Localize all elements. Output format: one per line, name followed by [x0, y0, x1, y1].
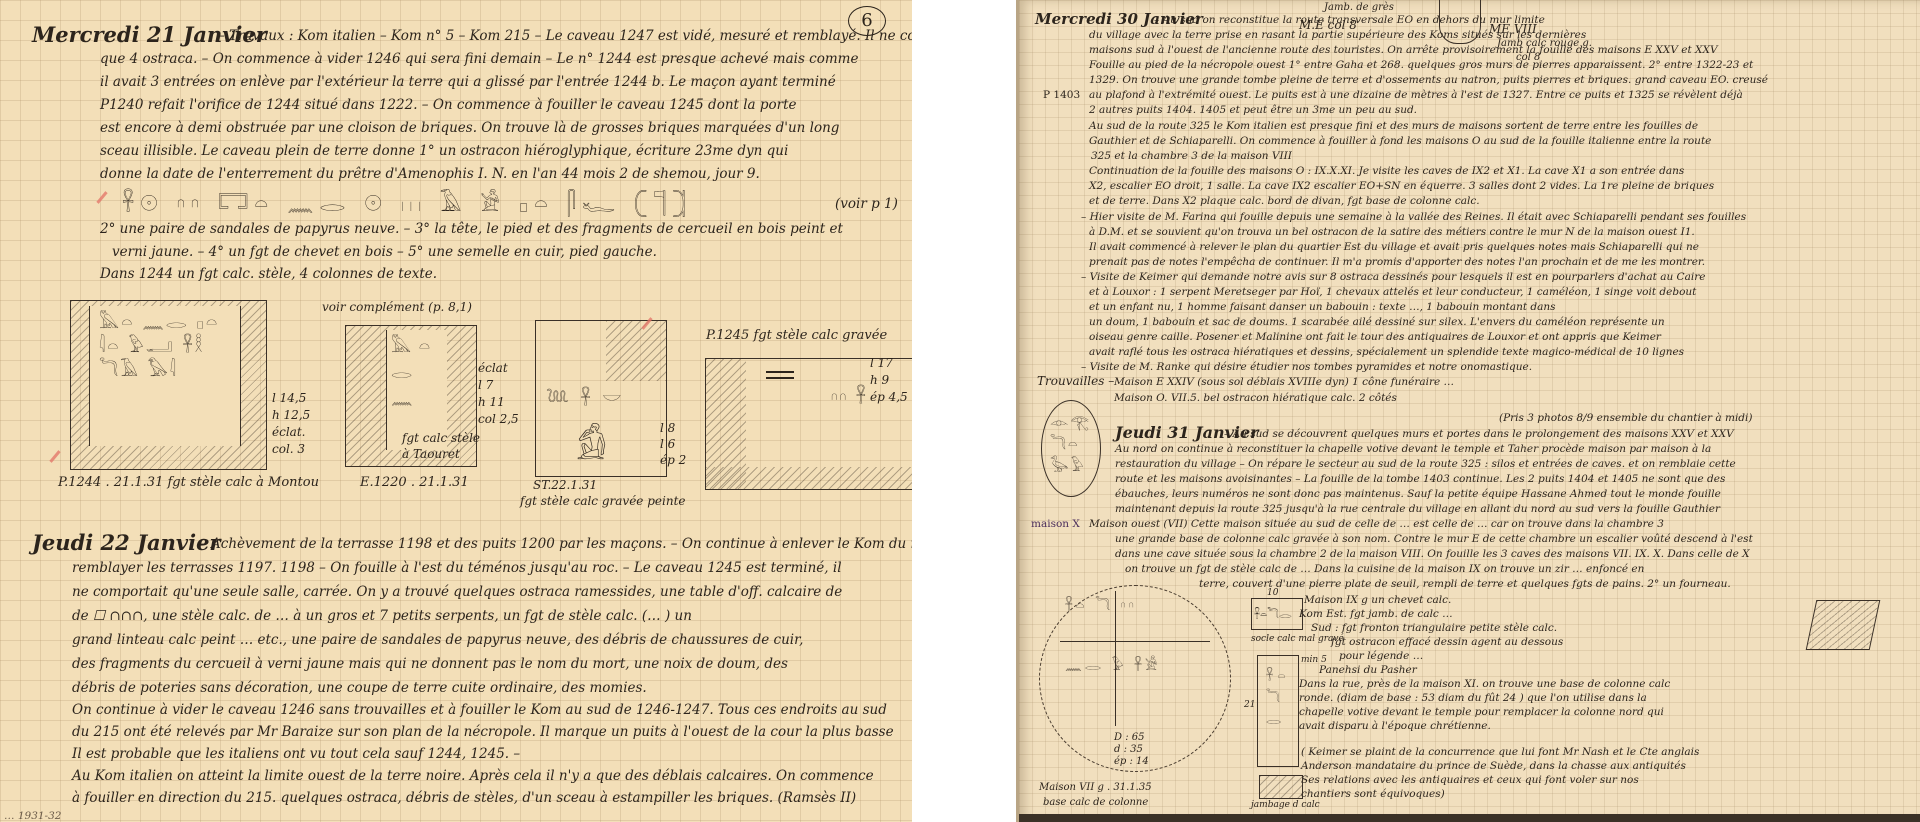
margin-label-maison-x: maison X: [1031, 518, 1080, 530]
entry-line: verni jaune. – 4° un fgt de chevet en bo…: [112, 244, 657, 260]
entry-line: des fragments du cercueil à verni jaune …: [72, 656, 788, 672]
sketch-subcaption: fgt stèle calc gravée peinte: [520, 494, 686, 508]
sketch-caption-maison-vii: Maison VII g . 31.1.35: [1039, 782, 1152, 793]
notebook-page-right: Jamb. de grès M.E col 8 ME VIII Jamb cal…: [1016, 0, 1920, 822]
sketch-caption-p1245: P.1245 fgt stèle calc gravée: [706, 328, 887, 343]
entry-line: 325 et la chambre 3 de la maison VIII: [1091, 150, 1292, 162]
margin-note: Jamb. de grès: [1324, 2, 1394, 13]
notebook-page-left: 6 Mercredi 21 Janvier – Travaux : Kom it…: [0, 0, 912, 822]
see-page-note: (voir p 1): [835, 196, 898, 212]
sketch-subcaption: base calc de colonne: [1043, 797, 1148, 808]
entry-line: maisons sud à l'ouest de l'ancienne rout…: [1089, 44, 1718, 56]
entry-line: chantiers sont équivoques): [1301, 788, 1445, 800]
entry-line: il avait 3 entrées on enlève par l'extér…: [100, 74, 836, 90]
sketch-note-complement: voir complément (p. 8,1): [322, 300, 472, 314]
sketch-subcaption: fgt calc stèle à Taouret: [402, 430, 480, 462]
hieroglyph-inscription: 𓋹𓇳 𓎆𓎆 𓉐𓏏 𓈖𓂋 𓇳 𓏺𓏺𓏺 𓄿 𓀀 𓊪𓏏 𓋴𓆑 𓍹𓊹𓍺: [122, 183, 692, 219]
entry-line: route et les maisons avoisinantes – La f…: [1115, 473, 1725, 485]
entry-line: et à Louxor : 1 serpent Meretseger par H…: [1089, 286, 1696, 298]
entry-line: que 4 ostraca. – On commence à vider 124…: [100, 51, 858, 67]
entry-line: Gauthier et de Schiaparelli. On commence…: [1089, 135, 1711, 147]
entry-line: – Achèvement de la terrasse 1198 et des …: [200, 536, 912, 552]
entry-line: remblayer les terrasses 1197. 1198 – On …: [72, 560, 842, 576]
entry-line: Anderson mandataire du prince de Suède, …: [1301, 760, 1686, 772]
entry-line: Au sud de la route 325 le Kom italien es…: [1089, 120, 1698, 132]
entry-line: on trouve un fgt de stèle calc de … Dans…: [1125, 563, 1644, 575]
red-pencil-mark: [96, 191, 107, 204]
entry-line: – Visite de M. Ranke qui désire étudier …: [1081, 361, 1532, 373]
entry-line: P1240 refait l'orifice de 1244 situé dan…: [100, 97, 797, 113]
entry-line: avait raflé tous les ostraca hiératiques…: [1089, 346, 1684, 358]
entry-line: Au nord on continue à reconstituer la ch…: [1115, 443, 1711, 455]
sketch-dim: 10: [1267, 588, 1278, 598]
sketch-caption-jambage: jambage d calc: [1251, 800, 1320, 810]
entry-line: – Hier visite de M. Farina qui fouille d…: [1081, 211, 1746, 223]
sketch-caption-socle: socle calc mal gravé: [1251, 634, 1344, 644]
entry-line: à D.M. et se souvient qu'on trouva un be…: [1089, 226, 1695, 238]
entry-line: Kom Est. fgt jamb. de calc …: [1299, 608, 1453, 620]
entry-line: sceau illisible. Le caveau plein de terr…: [100, 143, 788, 159]
trouvailles-line: Maison E XXIV (sous sol déblais XVIIIe d…: [1114, 376, 1454, 388]
entry-line: ( Keimer se plaint de la concurrence que…: [1301, 746, 1699, 758]
sketch-dims: l 8 l 6 ép 2: [660, 420, 686, 468]
sketch-dim: min 5: [1301, 655, 1327, 665]
red-pencil-mark: [49, 450, 60, 463]
entry-line: Panehsi du Pasher: [1319, 664, 1417, 676]
sketch-dim: 21: [1244, 700, 1255, 710]
entry-line: débris de poteries sans décoration, une …: [72, 680, 647, 696]
entry-line: donne la date de l'enterrement du prêtre…: [100, 166, 760, 182]
trouvailles-line: Maison O. VII.5. bel ostracon hiératique…: [1114, 392, 1397, 404]
entry-line: Fouille au pied de la nécropole ouest 1°…: [1089, 59, 1753, 71]
entry-line: dans une cave située sous la chambre 2 d…: [1115, 548, 1750, 560]
entry-line: pour légende …: [1339, 650, 1423, 662]
entry-line: 2 autres puits 1404. 1405 et peut être u…: [1089, 104, 1417, 116]
entry-line: un doum, 1 babouin et sac de doums. 1 sc…: [1089, 316, 1665, 328]
entry-line: maintenant depuis la route 325 jusqu'à l…: [1115, 503, 1720, 515]
sketch-dims: D : 65 d : 35 ép : 14: [1114, 732, 1149, 768]
sketch-socle: 𓋹𓏏𓆓𓂋: [1251, 598, 1303, 630]
entry-line: Maison IX g un chevet calc.: [1304, 594, 1451, 606]
entry-line: Au Kom italien on atteint la limite oues…: [72, 768, 874, 784]
entry-line: Continuation de la fouille des maisons O…: [1089, 165, 1684, 177]
entry-line: Dans la rue, près de la maison XI. on tr…: [1299, 678, 1670, 690]
photo-note: (Pris 3 photos 8/9 ensemble du chantier …: [1499, 412, 1752, 424]
entry-line: oiseau genre caille. Posener et Malinine…: [1089, 331, 1661, 343]
cartouche-sketch: 𓁹𓂀 𓆓𓏏 𓅭𓅱: [1041, 400, 1101, 497]
entry-line: restauration du village – On répare le s…: [1115, 458, 1736, 470]
entry-line: grand linteau calc peint … etc., une pai…: [72, 632, 803, 648]
margin-label-p1403: P 1403: [1043, 89, 1080, 101]
entry-line: Il avait commencé à relever le plan du q…: [1089, 241, 1699, 253]
entry-line: terre, couvert d'une pierre plate de seu…: [1199, 578, 1731, 590]
entry-line: prenait pas de notes l'empêcha de contin…: [1089, 256, 1705, 268]
entry-line: 2° une paire de sandales de papyrus neuv…: [100, 221, 843, 237]
entry-line: chapelle votive devant le temple pour re…: [1299, 706, 1664, 718]
entry-line: de ☐ ∩∩∩, une stèle calc. de … à un gros…: [72, 608, 692, 624]
sketch-fronton: [1806, 600, 1881, 650]
entry-line: – Visite de Keimer qui demande notre avi…: [1081, 271, 1705, 283]
entry-line: – Travaux : Kom italien – Kom n° 5 – Kom…: [218, 28, 912, 44]
sketch-caption-st22: ST.22.1.31: [533, 478, 597, 492]
entry-line: une grande base de colonne calc gravée à…: [1115, 533, 1753, 545]
entry-line: – Au sud on reconstitue la route transve…: [1154, 14, 1545, 26]
sketch-jambage: [1259, 775, 1303, 799]
entry-line: avait disparu à l'époque chrétienne.: [1299, 720, 1491, 732]
entry-line: au plafond à l'extrémité ouest. Le puits…: [1089, 89, 1743, 101]
sketch-dims: l 17 h 9 ép 4,5: [870, 355, 908, 406]
entry-line: Maison ouest (VII) Cette maison située a…: [1089, 518, 1664, 530]
entry-line: Ses relations avec les antiquaires et ce…: [1301, 774, 1639, 786]
sketch-stele-st22: 𓆙 𓋹 𓎟 𓀁: [535, 320, 667, 477]
sketch-stele-p1244: 𓅓𓏏 𓈖𓂋 𓊪𓏏 𓇋𓏏 𓅱𓂝 𓋹𓎛 𓆓𓄿 𓅃𓇋: [70, 300, 267, 470]
day-heading-22-janvier: Jeudi 22 Janvier: [32, 530, 221, 555]
sketch-jamb-fragment: 𓋹 𓏏 𓆓 𓂋: [1257, 655, 1299, 767]
entry-line: – Au sud se découvrent quelques murs et …: [1224, 428, 1734, 440]
entry-line: X2, escalier EO droit, 1 salle. La cave …: [1089, 180, 1714, 192]
entry-line: Dans 1244 un fgt calc. stèle, 4 colonnes…: [100, 266, 437, 282]
trouvailles-label: Trouvailles –: [1037, 374, 1114, 388]
sketch-caption-e1220: E.1220 . 21.1.31: [360, 475, 469, 490]
entry-line: du 215 ont été relevés par Mr Baraize su…: [72, 724, 894, 740]
entry-line: ne comportait qu'une seule salle, carrée…: [72, 584, 842, 600]
entry-line: est encore à demi obstruée par une clois…: [100, 120, 839, 136]
entry-line: ronde. (diam de base : 53 diam du fût 24…: [1299, 692, 1647, 704]
entry-line: Sud : fgt fronton triangulaire petite st…: [1311, 622, 1557, 634]
entry-line: 1329. On trouve une grande tombe pleine …: [1089, 74, 1768, 86]
entry-line: fgt ostracon effacé dessin agent au dess…: [1331, 636, 1563, 648]
sketch-caption-p1244: P.1244 . 21.1.31 fgt stèle calc à Montou: [58, 475, 319, 490]
footer-fragment: … 1931-32: [4, 810, 61, 822]
entry-line: du village avec la terre prise en rasant…: [1089, 29, 1586, 41]
entry-line: ébauches, leurs numéros ne sont donc pas…: [1115, 488, 1721, 500]
entry-line: Il est probable que les italiens ont vu …: [72, 746, 520, 762]
entry-line: à fouiller en direction du 215. quelques…: [72, 790, 856, 806]
entry-line: On continue à vider le caveau 1246 sans …: [72, 702, 887, 718]
entry-line: et un enfant nu, 1 homme faisant danser …: [1089, 301, 1556, 313]
sketch-dims: éclat l 7 h 11 col 2,5: [478, 360, 519, 428]
entry-line: et de terre. Dans X2 plaque calc. bord d…: [1089, 195, 1480, 207]
sketch-dims: l 14,5 h 12,5 éclat. col. 3: [272, 390, 310, 458]
